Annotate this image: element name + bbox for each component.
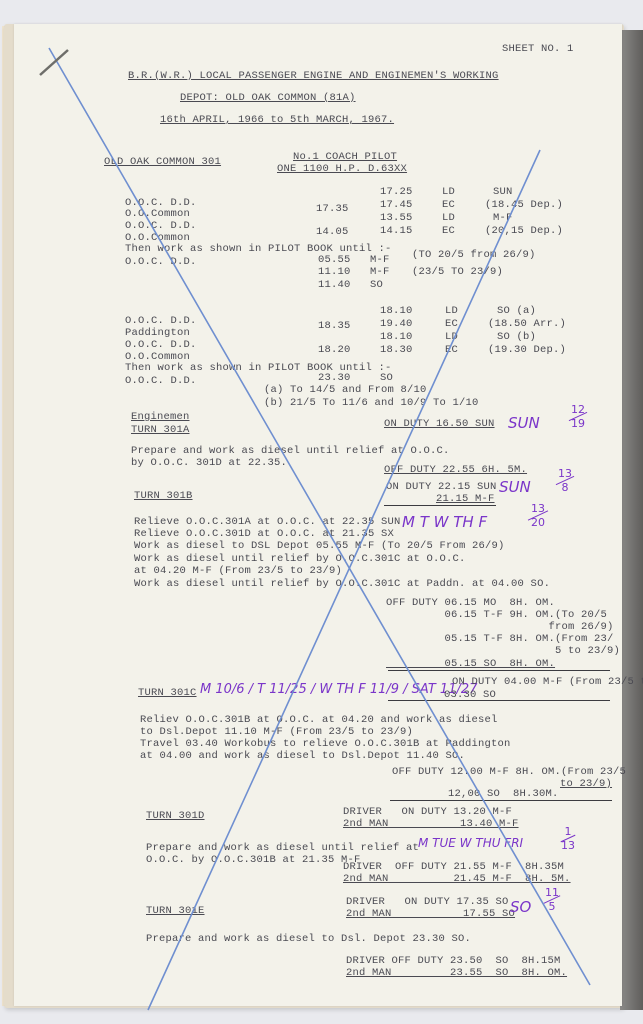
staple-icon	[40, 50, 68, 75]
cross-stroke-icon	[148, 150, 540, 1010]
cancellation-cross-overlay	[0, 0, 643, 1024]
cross-stroke-icon	[49, 48, 590, 985]
